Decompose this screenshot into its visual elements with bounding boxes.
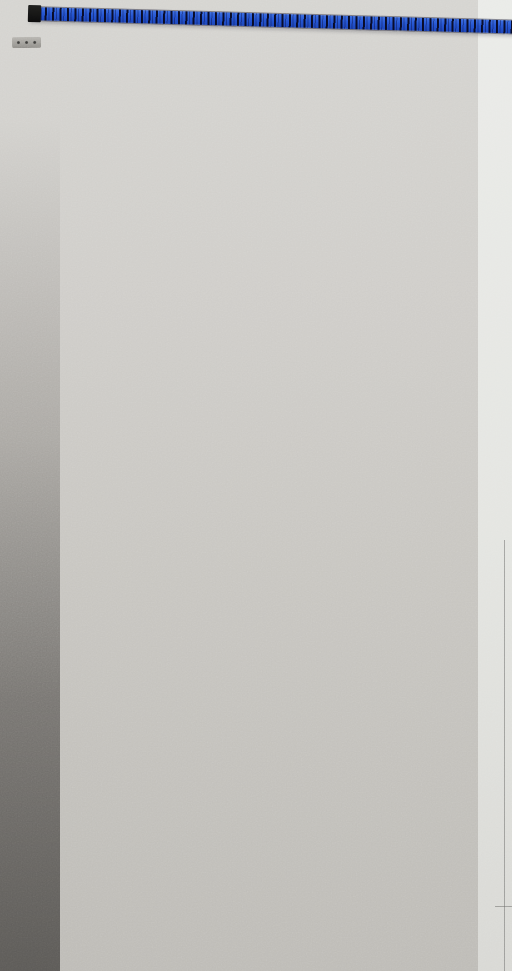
tape-metal-tab: [12, 37, 41, 48]
photo-stage: [0, 0, 512, 971]
manuscript-scene: [0, 0, 512, 971]
tape-end-tab: [28, 5, 41, 22]
